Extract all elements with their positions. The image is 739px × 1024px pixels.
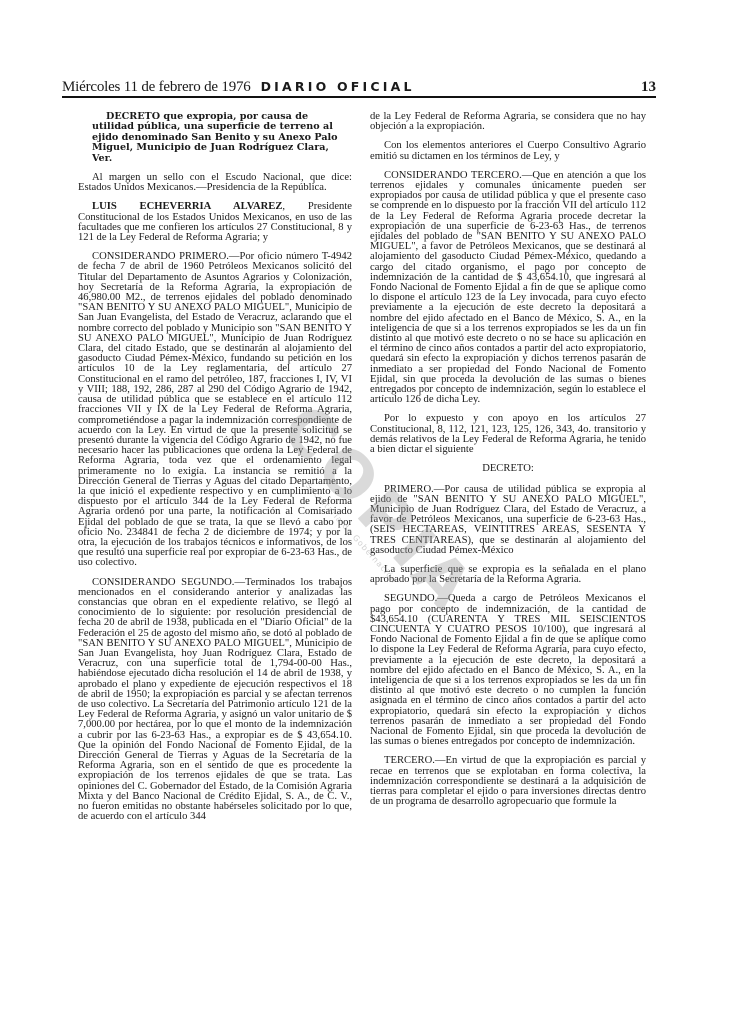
page-header: Miércoles 11 de febrero de 1976 DIARIO O…	[62, 78, 656, 98]
considerando-segundo: CONSIDERANDO SEGUNDO.—Terminados los tra…	[78, 578, 352, 823]
article-primero: PRIMERO.—Por causa de utilidad pública s…	[370, 485, 646, 556]
president-paragraph: LUIS ECHEVERRIA ALVAREZ, Presidente Cons…	[78, 202, 352, 243]
right-column: de la Ley Federal de Reforma Agraria, se…	[370, 112, 646, 816]
seal-paragraph: Al margen un sello con el Escudo Naciona…	[78, 173, 352, 193]
article-tercero: TERCERO.—En virtud de que la expropiació…	[370, 756, 646, 807]
cuerpo-consultivo-paragraph: Con los elementos anteriores el Cuerpo C…	[370, 141, 646, 161]
considerando-tercero: CONSIDERANDO TERCERO.—Que en atención a …	[370, 171, 646, 406]
superficie-paragraph: La superficie que se expropia es la seña…	[370, 565, 646, 585]
decreto-heading: DECRETO:	[370, 464, 646, 474]
page-number: 13	[641, 79, 656, 96]
left-column: DECRETO que expropia, por causa de utili…	[78, 112, 352, 831]
masthead: DIARIO OFICIAL	[261, 79, 415, 94]
continuation-paragraph: de la Ley Federal de Reforma Agraria, se…	[370, 112, 646, 132]
considerando-primero: CONSIDERANDO PRIMERO.—Por oficio número …	[78, 252, 352, 568]
article-segundo: SEGUNDO.—Queda a cargo de Petróleos Mexi…	[370, 594, 646, 747]
decree-title: DECRETO que expropia, por causa de utili…	[78, 112, 352, 164]
publication-date: Miércoles 11 de febrero de 1976	[62, 79, 251, 96]
header-left: Miércoles 11 de febrero de 1976 DIARIO O…	[62, 79, 415, 96]
document-page: Miércoles 11 de febrero de 1976 DIARIO O…	[0, 0, 739, 1024]
por-lo-expuesto: Por lo expuesto y con apoyo en los artíc…	[370, 414, 646, 455]
